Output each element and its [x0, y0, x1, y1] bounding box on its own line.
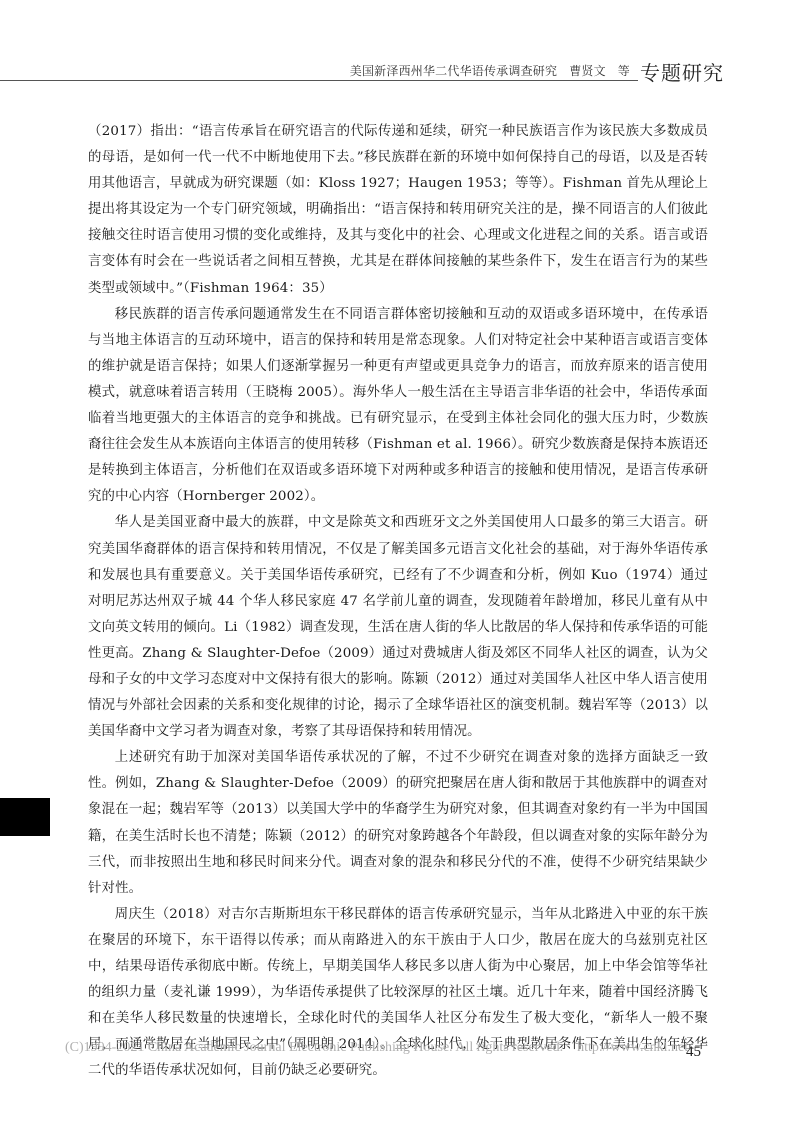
article-title: 美国新泽西州华二代华语传承调查研究 [350, 64, 557, 78]
paragraph-5: 周庆生（2018）对吉尔吉斯斯坦东干移民群体的语言传承研究显示，当年从北路进入中… [88, 902, 708, 1085]
copyright-text: (C)1994-2021 China Academic Journal Elec… [65, 1040, 563, 1055]
running-title: 美国新泽西州华二代华语传承调查研究曹贤文等 [350, 62, 630, 79]
et-al: 等 [618, 64, 630, 78]
page-number: 45 [686, 1044, 701, 1061]
cnki-link[interactable]: http://www.cnki.net [577, 1040, 688, 1055]
paragraph-3: 华人是美国亚裔中最大的族群，中文是除英文和西班牙文之外美国使用人口最多的第三大语… [88, 510, 708, 745]
page-header: 美国新泽西州华二代华语传承调查研究曹贤文等 专题研究 [0, 0, 794, 100]
copyright-footer: (C)1994-2021 China Academic Journal Elec… [65, 1040, 688, 1056]
paragraph-4: 上述研究有助于加深对美国华语传承状况的了解，不过不少研究在调查对象的选择方面缺乏… [88, 745, 708, 902]
section-title: 专题研究 [640, 57, 724, 86]
paragraph-2: 移民族群的语言传承问题通常发生在不同语言群体密切接触和互动的双语或多语环境中，在… [88, 302, 708, 511]
author-names: 曹贤文 [569, 64, 606, 78]
paragraph-1: （2017）指出：“语言传承旨在研究语言的代际传递和延续，研究一种民族语言作为该… [88, 119, 708, 302]
body-text: （2017）指出：“语言传承旨在研究语言的代际传递和延续，研究一种民族语言作为该… [88, 119, 708, 1084]
header-rule [0, 80, 638, 81]
thumb-index-tab [0, 798, 50, 836]
